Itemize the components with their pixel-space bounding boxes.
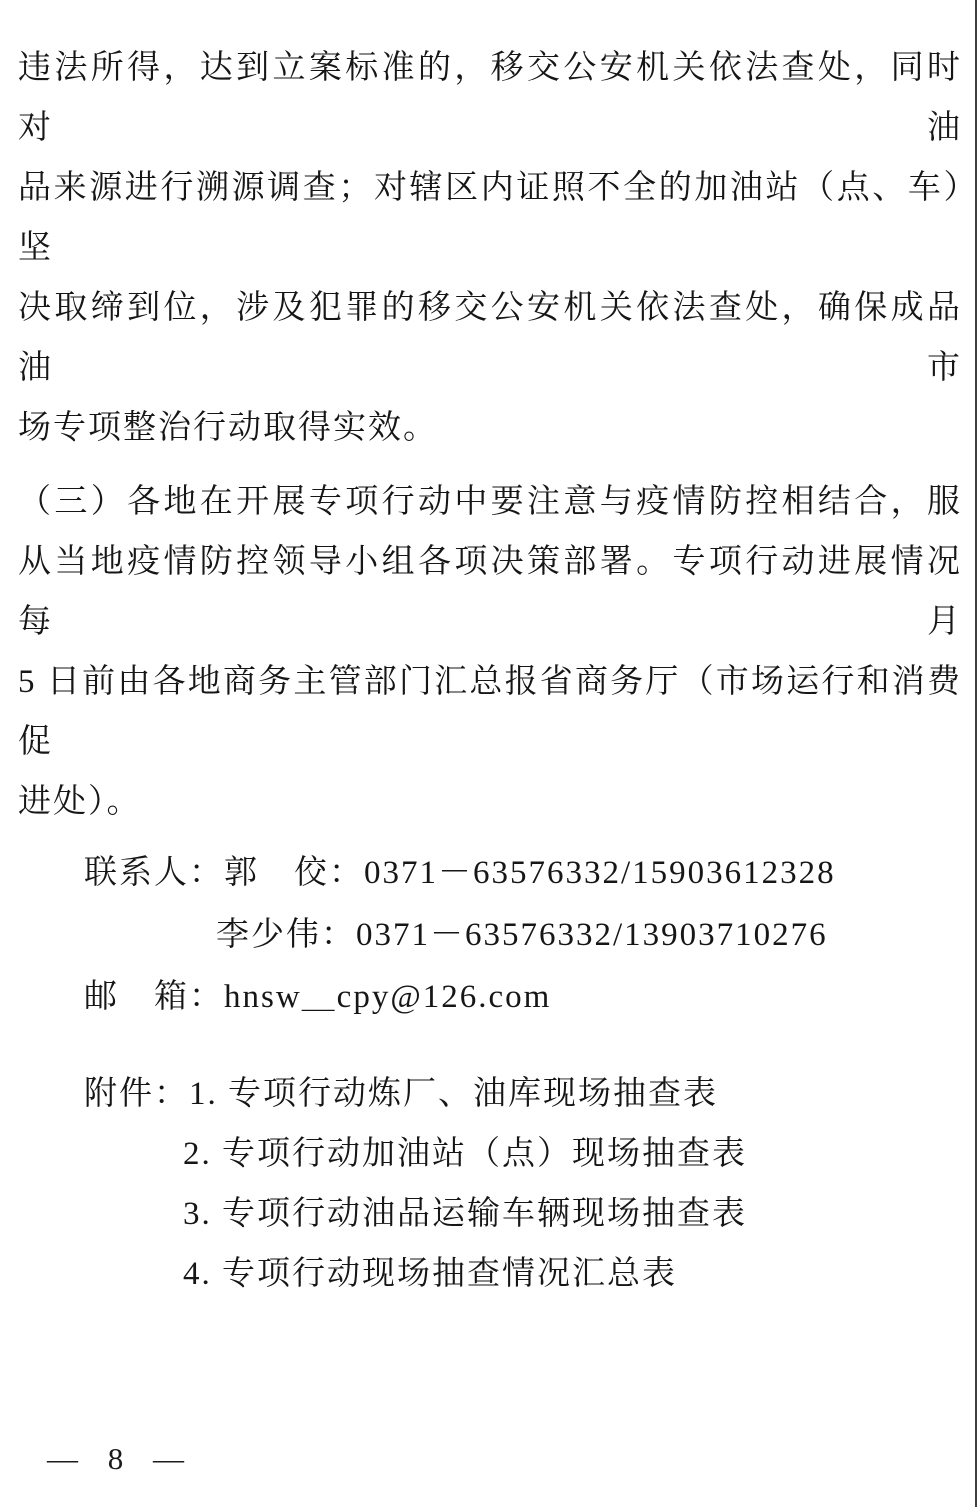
- text-line: 品来源进行溯源调查；对辖区内证照不全的加油站（点、车）坚: [18, 158, 962, 278]
- contact-block: 联系人：郭 佼：0371－63576332/15903612328 李少伟：03…: [18, 842, 962, 1028]
- text-line: 从当地疫情防控领导小组各项决策部署。专项行动进展情况每月: [18, 532, 962, 652]
- attachments-label: 附件：: [84, 1076, 189, 1112]
- text-line: 场专项整治行动取得实效。: [18, 398, 962, 458]
- document-content: 违法所得，达到立案标准的，移交公安机关依法查处，同时对油 品来源进行溯源调查；对…: [0, 0, 980, 1304]
- attachment-item-4: 4. 专项行动现场抽查情况汇总表: [18, 1244, 962, 1304]
- paragraph-epidemic-coordination: （三）各地在开展专项行动中要注意与疫情防控相结合，服 从当地疫情防控领导小组各项…: [18, 472, 962, 832]
- text-line: 进处）。: [18, 772, 962, 832]
- text-line: 违法所得，达到立案标准的，移交公安机关依法查处，同时对油: [18, 38, 962, 158]
- scan-edge-line: [975, 0, 977, 1507]
- contact-email-line: 邮 箱：hnsw＿cpy@126.com: [18, 966, 962, 1028]
- attachment-item-2: 2. 专项行动加油站（点）现场抽查表: [18, 1124, 962, 1184]
- text-line: 5 日前由各地商务主管部门汇总报省商务厅（市场运行和消费促: [18, 652, 962, 772]
- paragraph-oil-enforcement: 违法所得，达到立案标准的，移交公安机关依法查处，同时对油 品来源进行溯源调查；对…: [18, 38, 962, 458]
- contact-person-line-1: 联系人：郭 佼：0371－63576332/15903612328: [18, 842, 962, 904]
- text-line: 决取缔到位，涉及犯罪的移交公安机关依法查处，确保成品油市: [18, 278, 962, 398]
- attachment-item-3: 3. 专项行动油品运输车辆现场抽查表: [18, 1184, 962, 1244]
- attachments-block: 附件：1. 专项行动炼厂、油库现场抽查表 2. 专项行动加油站（点）现场抽查表 …: [18, 1064, 962, 1304]
- text-line: （三）各地在开展专项行动中要注意与疫情防控相结合，服: [18, 472, 962, 532]
- document-page: 违法所得，达到立案标准的，移交公安机关依法查处，同时对油 品来源进行溯源调查；对…: [0, 0, 980, 1507]
- attachment-row-1: 附件：1. 专项行动炼厂、油库现场抽查表: [18, 1064, 962, 1124]
- attachment-item-1: 1. 专项行动炼厂、油库现场抽查表: [189, 1076, 718, 1112]
- page-number: — 8 —: [47, 1441, 186, 1477]
- contact-person-line-2: 李少伟：0371－63576332/13903710276: [18, 904, 962, 966]
